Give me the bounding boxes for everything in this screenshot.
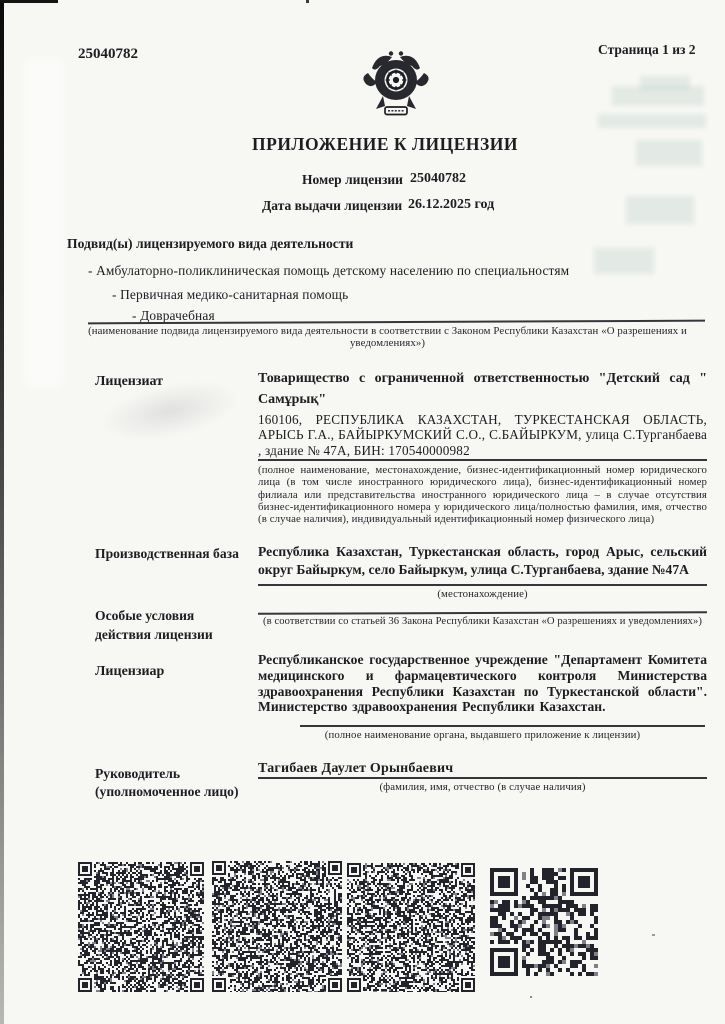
- head-label: (уполномоченное лицо): [95, 784, 239, 800]
- document-number: 25040782: [78, 46, 138, 63]
- bleedthrough-mark: [626, 196, 694, 224]
- signature-barcode-2: [212, 861, 342, 992]
- signature-barcode-1: [78, 862, 204, 992]
- scan-edge-top: [0, 0, 58, 3]
- subtypes-caption: (наименование подвида лицензируемого вид…: [75, 325, 700, 350]
- issue-date-label: Дата выдачи лицензии: [262, 198, 402, 214]
- licensor-label: Лицензиар: [95, 664, 164, 680]
- scanned-license-appendix-page: 25040782 Страница 1 из 2: [0, 0, 725, 1024]
- bleedthrough-mark: [640, 76, 690, 90]
- licensee-label: Лицензиат: [95, 374, 163, 390]
- underline-rule: [258, 459, 707, 461]
- scan-light-band: [24, 58, 64, 388]
- page-indicator: Страница 1 из 2: [598, 42, 696, 58]
- special-conditions-label: Особые условия: [95, 608, 194, 624]
- special-conditions-caption: (в соответствии со статьей 36 Закона Рес…: [258, 616, 707, 628]
- issue-date-value: 26.12.2025 год: [408, 197, 494, 213]
- production-base-label: Производственная база: [95, 546, 239, 562]
- licensee-address: 160106, РЕСПУБЛИКА КАЗАХСТАН, ТУРКЕСТАНС…: [258, 412, 707, 458]
- licensor-value: Республиканское государственное учрежден…: [258, 652, 707, 715]
- page-title: ПРИЛОЖЕНИЕ К ЛИЦЕНЗИИ: [55, 134, 715, 155]
- underline-rule: [300, 725, 705, 727]
- production-base-caption: (местонахождение): [258, 588, 707, 600]
- underline-rule: [258, 611, 707, 614]
- license-number-label: Номер лицензии: [302, 172, 403, 188]
- scan-edge-left: [0, 0, 4, 1024]
- subtype-item: - Первичная медико-санитарная помощь: [112, 287, 348, 303]
- scan-speck: [652, 934, 655, 936]
- signature-barcode-3: [347, 863, 475, 992]
- head-label: Руководитель: [95, 766, 180, 782]
- underline-rule: [258, 777, 707, 779]
- kazakhstan-coat-of-arms-icon: [358, 50, 434, 123]
- license-number-value: 25040782: [410, 171, 466, 187]
- subtypes-heading: Подвид(ы) лицензируемого вида деятельнос…: [67, 236, 353, 252]
- head-caption: (фамилия, имя, отчество (в случае наличи…: [258, 781, 707, 793]
- licensor-caption: (полное наименование органа, выдавшего п…: [258, 729, 707, 741]
- licensee-name: Товарищество с ограниченной ответственно…: [258, 368, 707, 410]
- bleedthrough-mark: [598, 114, 706, 128]
- licensee-caption: (полное наименование, местонахождение, б…: [258, 464, 707, 525]
- bleedthrough-mark: [594, 248, 654, 274]
- head-name: Тагибаев Даулет Орынбаевич: [258, 761, 453, 777]
- special-conditions-label: действия лицензии: [95, 627, 213, 643]
- verification-qr-code: [490, 868, 598, 976]
- scan-speck: [530, 996, 532, 998]
- scan-speck: [306, 0, 309, 3]
- production-base-value: Республика Казахстан, Туркестанская обла…: [258, 543, 707, 578]
- underline-rule: [258, 584, 707, 586]
- subtype-item: - Амбулаторно-поликлиническая помощь дет…: [88, 263, 569, 279]
